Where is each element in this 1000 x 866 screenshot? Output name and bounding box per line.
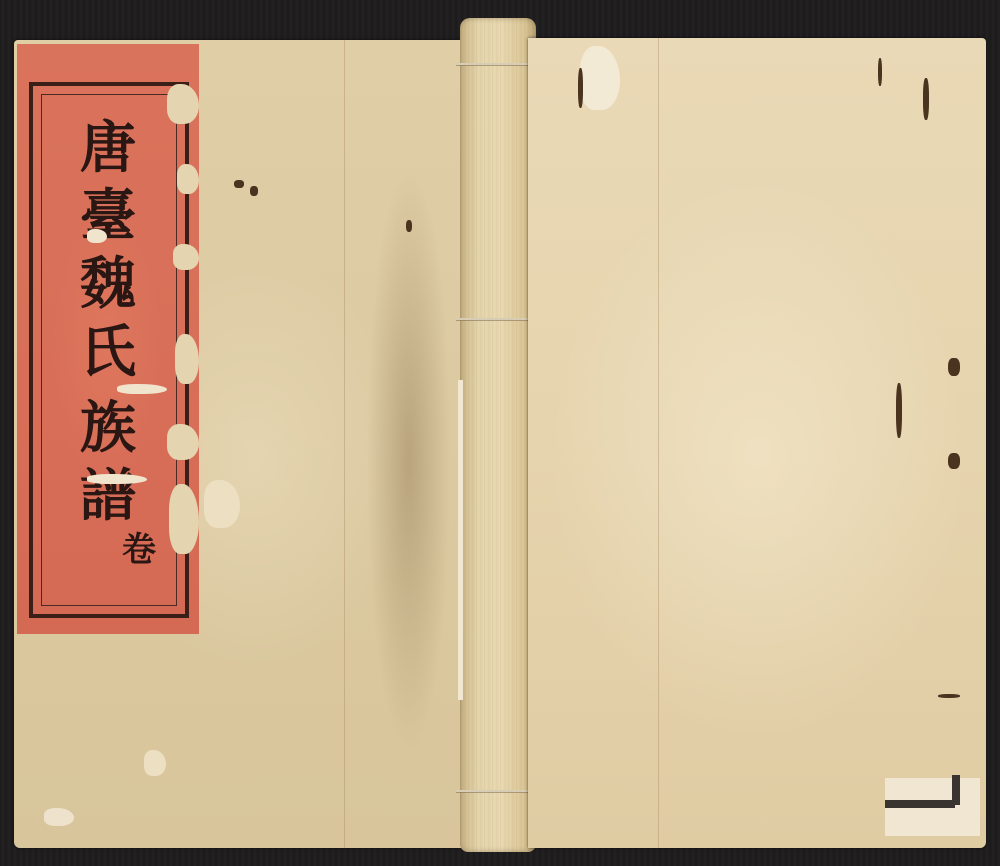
wormhole-stain <box>250 186 258 196</box>
title-char: 唐 <box>80 114 136 182</box>
label-tear <box>117 384 167 394</box>
back-cover <box>528 38 986 848</box>
label-tear <box>87 474 147 484</box>
label-tear <box>167 424 199 460</box>
label-tear <box>87 229 107 243</box>
wormhole-stain <box>948 453 960 469</box>
title-char: 氏 <box>80 318 136 386</box>
label-tear <box>173 244 199 270</box>
label-tear <box>167 84 199 124</box>
cover-crease <box>344 40 345 848</box>
paper-tear <box>144 750 166 776</box>
wormhole-stain <box>923 78 929 120</box>
book-title: 唐 臺 魏 氏 族 譜 <box>63 114 153 530</box>
label-tear <box>175 334 199 384</box>
title-char: 魏 <box>80 250 136 318</box>
volume-marker: 卷 <box>122 522 156 571</box>
paper-tear <box>204 480 240 528</box>
book-spine <box>460 18 536 852</box>
title-char: 譜 <box>80 462 136 530</box>
exposed-inner-board <box>952 775 960 805</box>
paper-tear <box>44 808 74 826</box>
title-label: 唐 臺 魏 氏 族 譜 卷 <box>17 44 199 634</box>
label-tear <box>177 164 199 194</box>
wormhole-stain <box>578 68 583 108</box>
wormhole-stain <box>938 694 960 698</box>
label-tear <box>169 484 199 554</box>
title-char: 族 <box>80 394 136 462</box>
wormhole-stain <box>878 58 882 86</box>
wormhole-stain <box>406 220 412 232</box>
wormhole-stain <box>896 383 902 438</box>
wormhole-stain <box>234 180 244 188</box>
exposed-inner-board <box>885 800 955 808</box>
paper-tear <box>580 46 620 110</box>
cover-crease <box>658 38 659 848</box>
wormhole-stain <box>948 358 960 376</box>
page-edge <box>458 380 463 700</box>
